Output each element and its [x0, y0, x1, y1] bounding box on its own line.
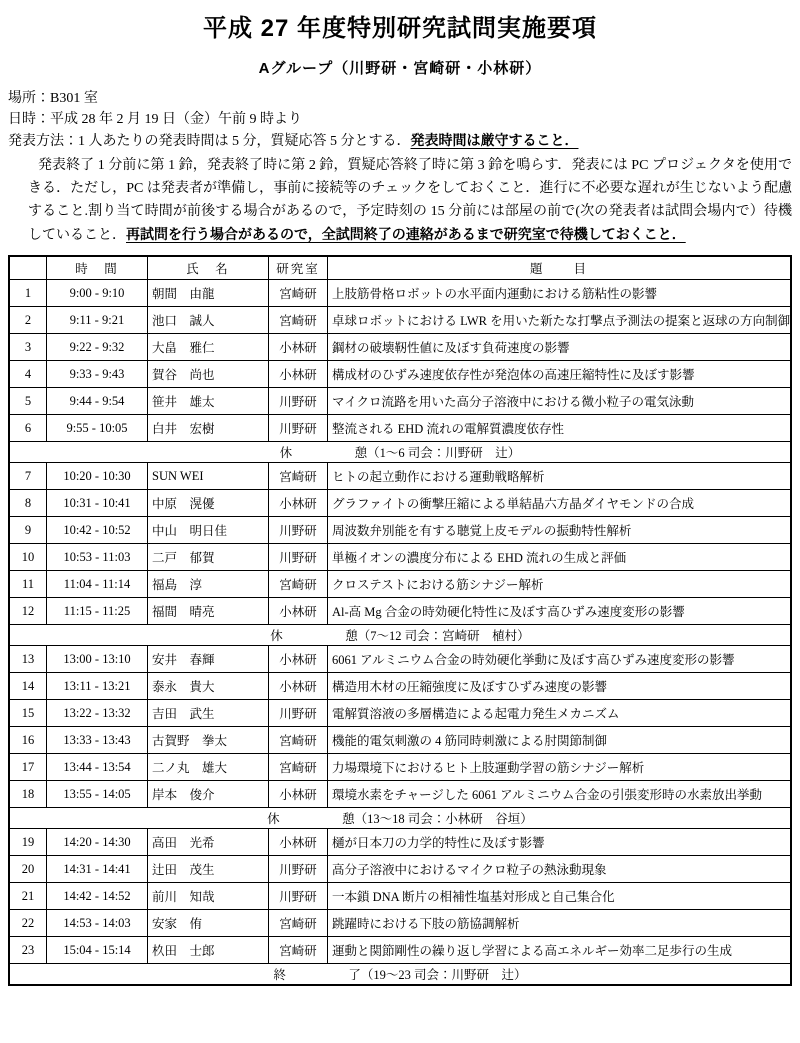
- row-title: 運動と関節剛性の繰り返し学習による高エネルギー効率二足歩行の生成: [328, 937, 792, 964]
- method-line: 発表方法：1 人あたりの発表時間は 5 分，質疑応答 5 分とする．発表時間は厳…: [8, 130, 792, 152]
- row-time: 9:33 - 9:43: [47, 361, 148, 388]
- session-break-label: 休 憩（13～18 司会：小林研 谷垣）: [9, 808, 791, 829]
- row-name: 大畠 雅仁: [148, 334, 269, 361]
- col-header-lab: 研究室: [269, 256, 328, 280]
- row-number: 4: [9, 361, 47, 388]
- row-name: 安家 侑: [148, 910, 269, 937]
- row-title: 構成材のひずみ速度依存性が発泡体の高速圧縮特性に及ぼす影響: [328, 361, 792, 388]
- row-number: 6: [9, 415, 47, 442]
- row-name: 泰永 貴大: [148, 673, 269, 700]
- row-number: 22: [9, 910, 47, 937]
- row-number: 9: [9, 517, 47, 544]
- row-time: 10:20 - 10:30: [47, 463, 148, 490]
- row-lab: 宮崎研: [269, 463, 328, 490]
- row-time: 13:11 - 13:21: [47, 673, 148, 700]
- session-break-row: 休 憩（1～6 司会：川野研 辻）: [9, 442, 791, 463]
- row-number: 11: [9, 571, 47, 598]
- table-row: 7 10:20 - 10:30 SUN WEI 宮崎研 ヒトの起立動作における運…: [9, 463, 791, 490]
- row-lab: 川野研: [269, 388, 328, 415]
- session-break-label: 休 憩（1～6 司会：川野研 辻）: [9, 442, 791, 463]
- row-lab: 宮崎研: [269, 910, 328, 937]
- row-lab: 小林研: [269, 598, 328, 625]
- row-number: 17: [9, 754, 47, 781]
- row-time: 9:55 - 10:05: [47, 415, 148, 442]
- row-name: 岸本 俊介: [148, 781, 269, 808]
- row-number: 5: [9, 388, 47, 415]
- table-row: 10 10:53 - 11:03 二戸 郁賀 川野研 単極イオンの濃度分布による…: [9, 544, 791, 571]
- session-break-label: 終 了（19～23 司会：川野研 辻）: [9, 964, 791, 986]
- table-row: 23 15:04 - 15:14 杦田 士郎 宮崎研 運動と関節剛性の繰り返し学…: [9, 937, 791, 964]
- row-time: 9:11 - 9:21: [47, 307, 148, 334]
- row-name: SUN WEI: [148, 463, 269, 490]
- table-header-row: 時 間 氏 名 研究室 題 目: [9, 256, 791, 280]
- row-number: 23: [9, 937, 47, 964]
- row-name: 高田 光希: [148, 829, 269, 856]
- row-lab: 川野研: [269, 517, 328, 544]
- row-time: 9:44 - 9:54: [47, 388, 148, 415]
- table-row: 19 14:20 - 14:30 高田 光希 小林研 樋が日本刀の力学的特性に及…: [9, 829, 791, 856]
- schedule-table-body: 1 9:00 - 9:10 朝間 由龍 宮崎研 上肢筋骨格ロボットの水平面内運動…: [9, 280, 791, 986]
- row-lab: 小林研: [269, 361, 328, 388]
- row-time: 14:42 - 14:52: [47, 883, 148, 910]
- row-title: 樋が日本刀の力学的特性に及ぼす影響: [328, 829, 792, 856]
- table-row: 6 9:55 - 10:05 白井 宏樹 川野研 整流される EHD 流れの電解…: [9, 415, 791, 442]
- row-name: 二ノ丸 雄大: [148, 754, 269, 781]
- row-lab: 川野研: [269, 883, 328, 910]
- row-number: 13: [9, 646, 47, 673]
- table-row: 15 13:22 - 13:32 吉田 武生 川野研 電解質溶液の多層構造による…: [9, 700, 791, 727]
- row-time: 14:20 - 14:30: [47, 829, 148, 856]
- table-row: 16 13:33 - 13:43 古賀野 拳太 宮崎研 機能的電気刺激の 4 筋…: [9, 727, 791, 754]
- datetime-line: 日時：平成 28 年 2 月 19 日（金）午前 9 時より: [8, 109, 792, 130]
- row-name: 二戸 郁賀: [148, 544, 269, 571]
- row-number: 2: [9, 307, 47, 334]
- row-time: 14:53 - 14:03: [47, 910, 148, 937]
- table-row: 17 13:44 - 13:54 二ノ丸 雄大 宮崎研 力場環境下におけるヒト上…: [9, 754, 791, 781]
- row-name: 安井 春輝: [148, 646, 269, 673]
- place-line: 場所：B301 室: [8, 88, 792, 109]
- row-number: 15: [9, 700, 47, 727]
- row-title: 6061 アルミニウム合金の時効硬化挙動に及ぼす高ひずみ速度変形の影響: [328, 646, 792, 673]
- row-time: 14:31 - 14:41: [47, 856, 148, 883]
- table-row: 5 9:44 - 9:54 笹井 雄太 川野研 マイクロ流路を用いた高分子溶液中…: [9, 388, 791, 415]
- row-time: 9:00 - 9:10: [47, 280, 148, 307]
- row-time: 10:53 - 11:03: [47, 544, 148, 571]
- row-time: 13:44 - 13:54: [47, 754, 148, 781]
- row-name: 古賀野 拳太: [148, 727, 269, 754]
- row-name: 池口 誠人: [148, 307, 269, 334]
- row-time: 11:04 - 11:14: [47, 571, 148, 598]
- row-number: 16: [9, 727, 47, 754]
- row-lab: 小林研: [269, 829, 328, 856]
- row-lab: 小林研: [269, 673, 328, 700]
- row-number: 7: [9, 463, 47, 490]
- row-name: 中原 滉優: [148, 490, 269, 517]
- row-lab: 宮崎研: [269, 571, 328, 598]
- row-title: 上肢筋骨格ロボットの水平面内運動における筋粘性の影響: [328, 280, 792, 307]
- row-name: 辻田 茂生: [148, 856, 269, 883]
- row-title: グラファイトの衝撃圧縮による単結晶六方晶ダイヤモンドの合成: [328, 490, 792, 517]
- row-number: 1: [9, 280, 47, 307]
- row-title: Al-高 Mg 合金の時効硬化特性に及ぼす高ひずみ速度変形の影響: [328, 598, 792, 625]
- group-subtitle: Aグループ（川野研・宮崎研・小林研）: [8, 57, 792, 78]
- row-title: 整流される EHD 流れの電解質濃度依存性: [328, 415, 792, 442]
- table-row: 4 9:33 - 9:43 賀谷 尚也 小林研 構成材のひずみ速度依存性が発泡体…: [9, 361, 791, 388]
- row-time: 10:31 - 10:41: [47, 490, 148, 517]
- row-number: 20: [9, 856, 47, 883]
- row-title: 単極イオンの濃度分布による EHD 流れの生成と評価: [328, 544, 792, 571]
- row-name: 白井 宏樹: [148, 415, 269, 442]
- row-title: マイクロ流路を用いた高分子溶液中における微小粒子の電気泳動: [328, 388, 792, 415]
- row-lab: 小林研: [269, 334, 328, 361]
- row-title: 跳躍時における下肢の筋協調解析: [328, 910, 792, 937]
- row-title: 機能的電気刺激の 4 筋同時刺激による肘関節制御: [328, 727, 792, 754]
- row-lab: 宮崎研: [269, 307, 328, 334]
- session-break-label: 休 憩（7～12 司会：宮崎研 植村）: [9, 625, 791, 646]
- table-row: 1 9:00 - 9:10 朝間 由龍 宮崎研 上肢筋骨格ロボットの水平面内運動…: [9, 280, 791, 307]
- row-number: 10: [9, 544, 47, 571]
- session-break-row: 休 憩（7～12 司会：宮崎研 植村）: [9, 625, 791, 646]
- table-row: 14 13:11 - 13:21 泰永 貴大 小林研 構造用木材の圧縮強度に及ぼ…: [9, 673, 791, 700]
- row-name: 福間 晴亮: [148, 598, 269, 625]
- row-lab: 川野研: [269, 700, 328, 727]
- row-lab: 川野研: [269, 856, 328, 883]
- table-row: 13 13:00 - 13:10 安井 春輝 小林研 6061 アルミニウム合金…: [9, 646, 791, 673]
- row-title: クロステストにおける筋シナジー解析: [328, 571, 792, 598]
- schedule-table: 時 間 氏 名 研究室 題 目 1 9:00 - 9:10 朝間 由龍 宮崎研 …: [8, 255, 792, 986]
- row-number: 21: [9, 883, 47, 910]
- row-lab: 小林研: [269, 781, 328, 808]
- table-row: 3 9:22 - 9:32 大畠 雅仁 小林研 鋼材の破壊靭性値に及ぼす負荷速度…: [9, 334, 791, 361]
- method-emphasis: 発表時間は厳守すること．: [411, 132, 579, 148]
- row-title: 構造用木材の圧縮強度に及ぼすひずみ速度の影響: [328, 673, 792, 700]
- notes-emphasis: 再試問を行う場合があるので，全試問終了の連絡があるまで研究室で待機しておくこと．: [126, 226, 686, 242]
- row-time: 10:42 - 10:52: [47, 517, 148, 544]
- row-lab: 川野研: [269, 415, 328, 442]
- row-time: 15:04 - 15:14: [47, 937, 148, 964]
- row-lab: 宮崎研: [269, 727, 328, 754]
- col-header-name: 氏 名: [148, 256, 269, 280]
- row-name: 前川 知哉: [148, 883, 269, 910]
- row-time: 13:22 - 13:32: [47, 700, 148, 727]
- row-number: 14: [9, 673, 47, 700]
- table-row: 18 13:55 - 14:05 岸本 俊介 小林研 環境水素をチャージした 6…: [9, 781, 791, 808]
- row-time: 9:22 - 9:32: [47, 334, 148, 361]
- session-break-row: 終 了（19～23 司会：川野研 辻）: [9, 964, 791, 986]
- row-name: 杦田 士郎: [148, 937, 269, 964]
- row-title: 鋼材の破壊靭性値に及ぼす負荷速度の影響: [328, 334, 792, 361]
- row-time: 13:00 - 13:10: [47, 646, 148, 673]
- method-text: 発表方法：1 人あたりの発表時間は 5 分，質疑応答 5 分とする．: [8, 134, 411, 149]
- row-title: 電解質溶液の多層構造による起電力発生メカニズム: [328, 700, 792, 727]
- row-lab: 小林研: [269, 490, 328, 517]
- row-lab: 川野研: [269, 544, 328, 571]
- row-lab: 宮崎研: [269, 754, 328, 781]
- row-name: 笹井 雄太: [148, 388, 269, 415]
- row-name: 中山 明日佳: [148, 517, 269, 544]
- row-number: 12: [9, 598, 47, 625]
- row-time: 11:15 - 11:25: [47, 598, 148, 625]
- table-row: 11 11:04 - 11:14 福島 淳 宮崎研 クロステストにおける筋シナジ…: [9, 571, 791, 598]
- row-title: 力場環境下におけるヒト上肢運動学習の筋シナジー解析: [328, 754, 792, 781]
- session-break-row: 休 憩（13～18 司会：小林研 谷垣）: [9, 808, 791, 829]
- col-header-title: 題 目: [328, 256, 792, 280]
- col-header-number: [9, 256, 47, 280]
- row-name: 吉田 武生: [148, 700, 269, 727]
- table-row: 20 14:31 - 14:41 辻田 茂生 川野研 高分子溶液中におけるマイク…: [9, 856, 791, 883]
- page-title: 平成 27 年度特別研究試問実施要項: [8, 8, 792, 43]
- row-time: 13:33 - 13:43: [47, 727, 148, 754]
- row-title: 高分子溶液中におけるマイクロ粒子の熱泳動現象: [328, 856, 792, 883]
- row-number: 18: [9, 781, 47, 808]
- row-number: 3: [9, 334, 47, 361]
- document: 平成 27 年度特別研究試問実施要項 Aグループ（川野研・宮崎研・小林研） 場所…: [0, 0, 800, 986]
- row-time: 13:55 - 14:05: [47, 781, 148, 808]
- row-lab: 小林研: [269, 646, 328, 673]
- row-title: 卓球ロボットにおける LWR を用いた新たな打撃点予測法の提案と返球の方向制御: [328, 307, 792, 334]
- row-title: 周波数弁別能を有する聴覚上皮モデルの振動特性解析: [328, 517, 792, 544]
- row-number: 8: [9, 490, 47, 517]
- row-number: 19: [9, 829, 47, 856]
- table-row: 2 9:11 - 9:21 池口 誠人 宮崎研 卓球ロボットにおける LWR を…: [9, 307, 791, 334]
- table-row: 21 14:42 - 14:52 前川 知哉 川野研 一本鎖 DNA 断片の相補…: [9, 883, 791, 910]
- notes-paragraph: 発表終了 1 分前に第 1 鈴，発表終了時に第 2 鈴，質疑応答終了時に第 3 …: [8, 154, 792, 247]
- row-title: 環境水素をチャージした 6061 アルミニウム合金の引張変形時の水素放出挙動: [328, 781, 792, 808]
- table-row: 12 11:15 - 11:25 福間 晴亮 小林研 Al-高 Mg 合金の時効…: [9, 598, 791, 625]
- table-row: 22 14:53 - 14:03 安家 侑 宮崎研 跳躍時における下肢の筋協調解…: [9, 910, 791, 937]
- row-name: 朝間 由龍: [148, 280, 269, 307]
- row-name: 賀谷 尚也: [148, 361, 269, 388]
- row-lab: 宮崎研: [269, 280, 328, 307]
- row-title: 一本鎖 DNA 断片の相補性塩基対形成と自己集合化: [328, 883, 792, 910]
- row-lab: 宮崎研: [269, 937, 328, 964]
- col-header-time: 時 間: [47, 256, 148, 280]
- table-row: 9 10:42 - 10:52 中山 明日佳 川野研 周波数弁別能を有する聴覚上…: [9, 517, 791, 544]
- row-title: ヒトの起立動作における運動戦略解析: [328, 463, 792, 490]
- table-row: 8 10:31 - 10:41 中原 滉優 小林研 グラファイトの衝撃圧縮による…: [9, 490, 791, 517]
- row-name: 福島 淳: [148, 571, 269, 598]
